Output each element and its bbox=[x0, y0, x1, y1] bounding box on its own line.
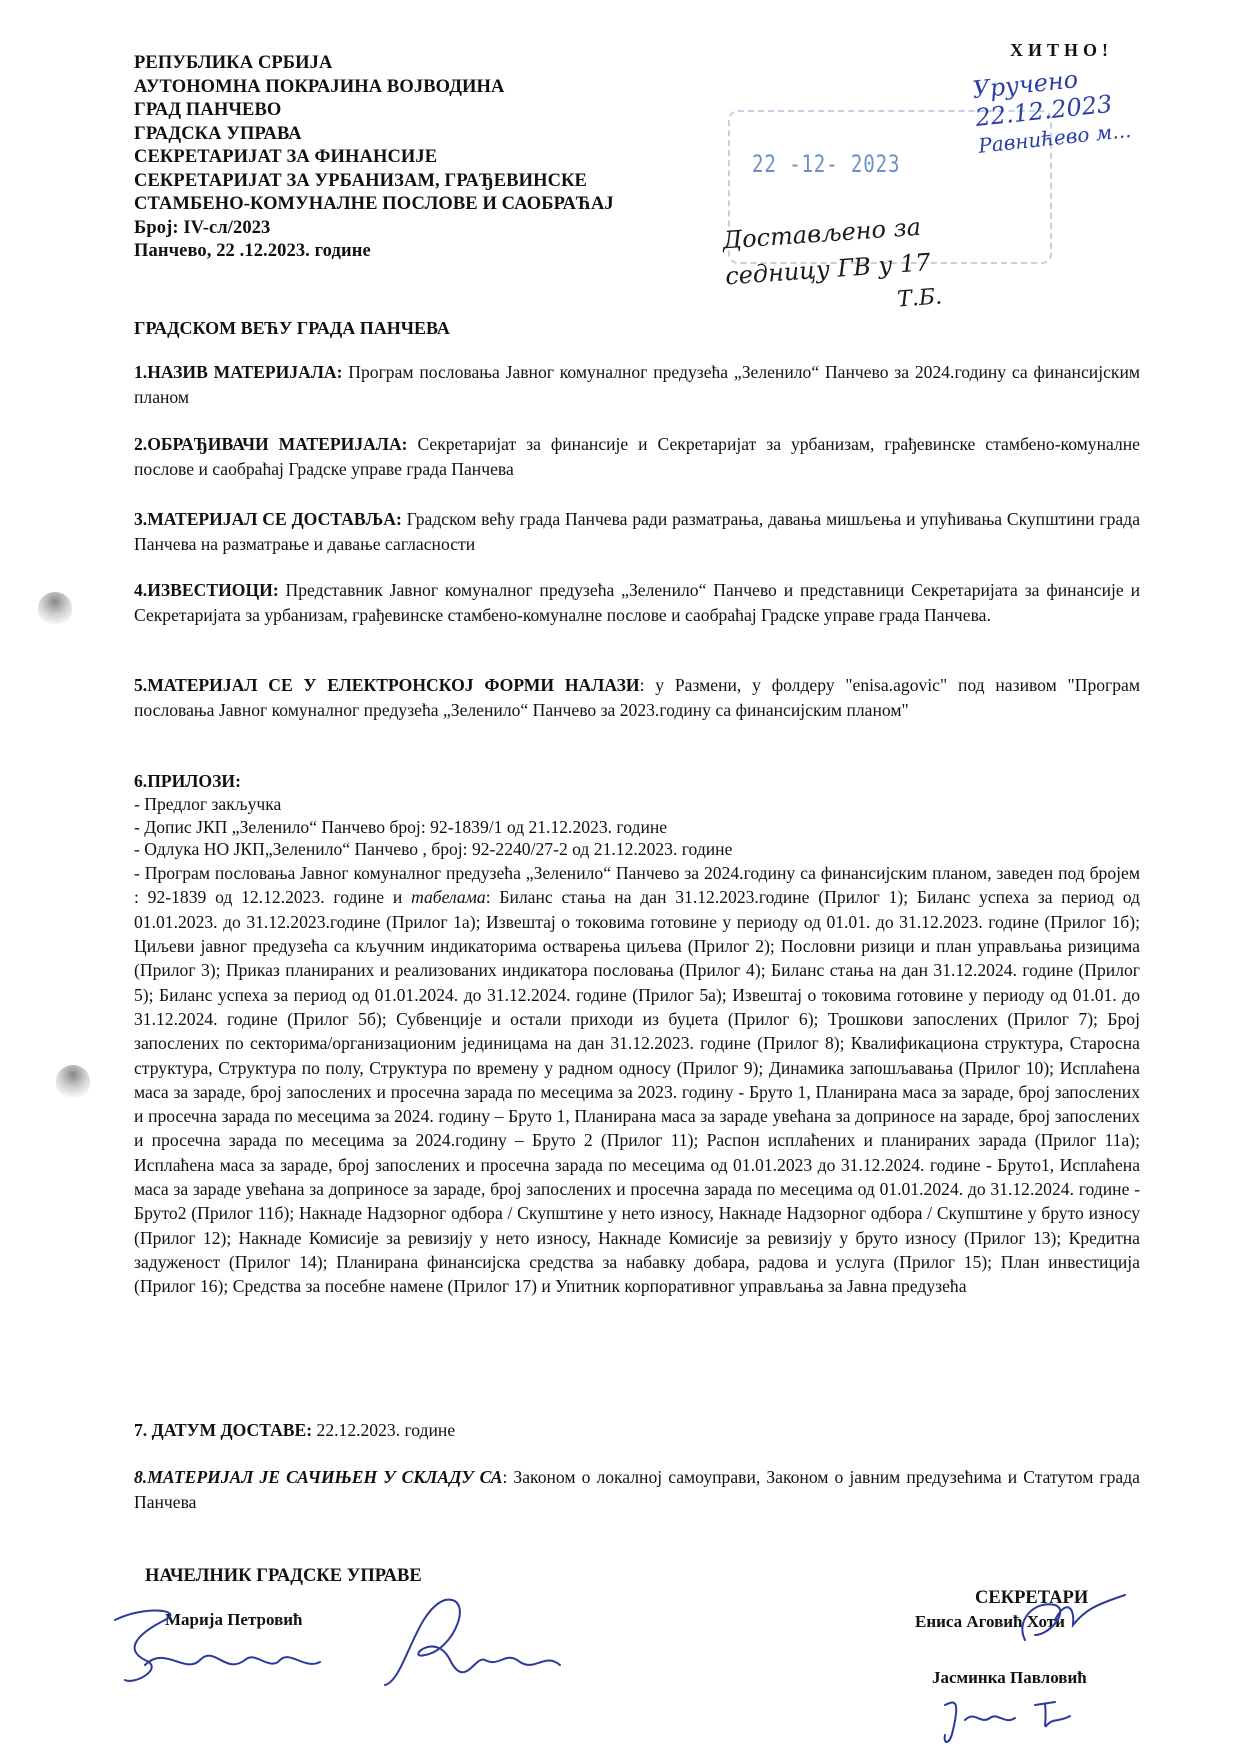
handwritten-receipt-note: Уручено 22.12.2023 Равнићево м... bbox=[971, 60, 1132, 160]
attachment-text: : Биланс стања на дан 31.12.2023.године … bbox=[134, 887, 1140, 1296]
signature-title-left: НАЧЕЛНИК ГРАДСКЕ УПРАВЕ bbox=[145, 1566, 422, 1587]
section-label: 8.МАТЕРИЈАЛ ЈЕ САЧИЊЕН У СКЛАДУ СА bbox=[134, 1467, 502, 1487]
letterhead: РЕПУБЛИКА СРБИЈА АУТОНОМНА ПОКРАЈИНА ВОЈ… bbox=[134, 52, 614, 264]
punch-hole bbox=[38, 592, 72, 624]
section-material-title: 1.НАЗИВ МАТЕРИЈАЛА: Програм пословања Ја… bbox=[134, 360, 1140, 409]
handwritten-signature bbox=[935, 1690, 1115, 1750]
attachment-item: - Одлука НО ЈКП„Зеленило“ Панчево , број… bbox=[134, 838, 1140, 861]
handwritten-signature bbox=[105, 1590, 585, 1700]
section-electronic-location: 5.МАТЕРИЈАЛ СЕ У ЕЛЕКТРОНСКОЈ ФОРМИ НАЛА… bbox=[134, 673, 1140, 722]
recipient: ГРАДСКОМ ВЕЋУ ГРАДА ПАНЧЕВА bbox=[134, 318, 450, 339]
attachment-item: - Допис ЈКП „Зеленило“ Панчево број: 92-… bbox=[134, 816, 1140, 839]
section-label: 4.ИЗВЕСТИОЦИ: bbox=[134, 580, 279, 600]
section-text: Представник Јавног комуналног предузећа … bbox=[134, 580, 1140, 625]
punch-hole bbox=[56, 1065, 90, 1097]
handwritten-signature bbox=[995, 1580, 1135, 1650]
letterhead-line: ГРАД ПАНЧЕВО bbox=[134, 99, 614, 123]
letterhead-line: ГРАДСКА УПРАВА bbox=[134, 123, 614, 147]
section-delivered-to: 3.МАТЕРИЈАЛ СЕ ДОСТАВЉА: Градском већу г… bbox=[134, 507, 1140, 556]
document-date: Панчево, 22 .12.2023. године bbox=[134, 240, 614, 264]
letterhead-line: СЕКРЕТАРИЈАТ ЗА УРБАНИЗАМ, ГРАЂЕВИНСКЕ bbox=[134, 170, 614, 194]
section-material-authors: 2.ОБРАЂИВАЧИ МАТЕРИЈАЛА: Секретаријат за… bbox=[134, 432, 1140, 481]
urgent-label: ХИТНО! bbox=[1010, 40, 1113, 61]
section-label: 3.МАТЕРИЈАЛ СЕ ДОСТАВЉА: bbox=[134, 509, 402, 529]
letterhead-line: СЕКРЕТАРИЈАТ ЗА ФИНАНСИЈЕ bbox=[134, 146, 614, 170]
attachment-program: - Програм пословања Јавног комуналног пр… bbox=[134, 861, 1140, 1298]
letterhead-line: АУТОНОМНА ПОКРАЈИНА ВОЈВОДИНА bbox=[134, 76, 614, 100]
section-label: 2.ОБРАЂИВАЧИ МАТЕРИЈАЛА: bbox=[134, 434, 408, 454]
section-label: 1.НАЗИВ МАТЕРИЈАЛА: bbox=[134, 362, 343, 382]
section-label: 7. ДАТУМ ДОСТАВЕ: bbox=[134, 1420, 312, 1440]
letterhead-line: РЕПУБЛИКА СРБИЈА bbox=[134, 52, 614, 76]
section-text: 22.12.2023. године bbox=[312, 1420, 455, 1440]
letterhead-line: СТАМБЕНО-КОМУНАЛНЕ ПОСЛОВЕ И САОБРАЋАЈ bbox=[134, 193, 614, 217]
section-delivery-date: 7. ДАТУМ ДОСТАВЕ: 22.12.2023. године bbox=[134, 1418, 1140, 1443]
section-compliance: 8.МАТЕРИЈАЛ ЈЕ САЧИЊЕН У СКЛАДУ СА: Зако… bbox=[134, 1465, 1140, 1514]
handwritten-session-note: Достављено за седницу ГВ у 17 Т.Б. bbox=[721, 208, 943, 331]
attachment-text-italic: табелама bbox=[411, 887, 486, 907]
document-number: Број: IV-сл/2023 bbox=[134, 217, 614, 241]
signatory-name: Јасминка Павловић bbox=[932, 1668, 1087, 1688]
section-attachments: 6.ПРИЛОЗИ: - Предлог закључка - Допис ЈК… bbox=[134, 770, 1140, 1299]
section-reporters: 4.ИЗВЕСТИОЦИ: Представник Јавног комунал… bbox=[134, 578, 1140, 627]
attachment-item: - Предлог закључка bbox=[134, 793, 1140, 816]
stamp-date: 22 -12- 2023 bbox=[752, 150, 900, 178]
section-label: 6.ПРИЛОЗИ: bbox=[134, 770, 1140, 793]
section-label: 5.МАТЕРИЈАЛ СЕ У ЕЛЕКТРОНСКОЈ ФОРМИ НАЛА… bbox=[134, 675, 640, 695]
